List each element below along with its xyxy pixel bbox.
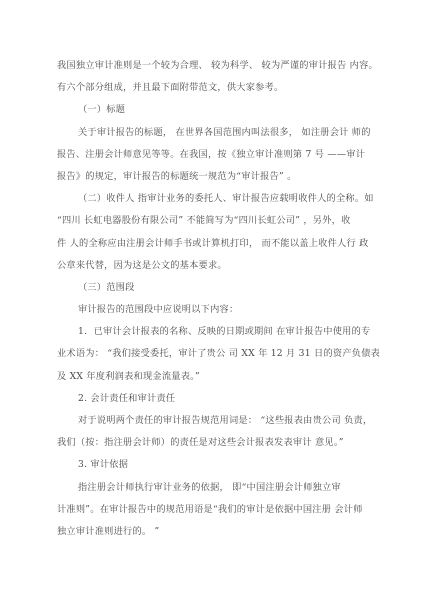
text-line: 报告、注册会计师意见等等。在我国，按《独立审计准则第 7 号 ——审计 bbox=[57, 144, 373, 166]
text-line: 指注册会计师执行审计业务的依据， 即“中国注册会计师独立审 bbox=[57, 477, 373, 499]
document-page: 我国独立审计准则是一个较为合理、 较为科学、 较为严谨的审计报告 内容。有六个部… bbox=[0, 0, 423, 600]
text-line: （三）范围段 bbox=[57, 277, 373, 299]
text-line: 对于说明两个责任的审计报告规范用词是： “这些报表由贵公司 负责， bbox=[57, 410, 373, 432]
text-line: 报告》的规定，审计报告的标题统一规范为“审计报告” 。 bbox=[57, 166, 373, 188]
text-line: “四川 长虹电器股份有限公司” 不能简写为“四川长虹公司” ，另外，收 bbox=[57, 210, 373, 232]
text-line: 审计报告的范围段中应说明以下内容： bbox=[57, 299, 373, 321]
document-body: 我国独立审计准则是一个较为合理、 较为科学、 较为严谨的审计报告 内容。有六个部… bbox=[57, 55, 373, 543]
text-line: 独立审计准则进行的。 ” bbox=[57, 521, 373, 543]
text-line: 我们（按：指注册会计师）的责任是对这些会计报表发表审计 意见。” bbox=[57, 432, 373, 454]
text-line: 及 XX 年度利润表和现金流量表。” bbox=[57, 366, 373, 388]
text-line: （一）标题 bbox=[57, 99, 373, 121]
text-line: 业术语为： “我们接受委托，审计了贵公 司 XX 年 12 月 31 日的资产负… bbox=[57, 343, 373, 365]
text-line: 1. 已审计会计报表的名称、反映的日期或期间 在审计报告中使用的专 bbox=[57, 321, 373, 343]
text-line: 我国独立审计准则是一个较为合理、 较为科学、 较为严谨的审计报告 内容。 bbox=[57, 55, 373, 77]
text-line: 关于审计报告的标题， 在世界各国范围内叫法很多， 如注册会计 师的 bbox=[57, 122, 373, 144]
text-line: （二）收件人 指审计业务的委托人、审计报告应载明收件人的全称。如 bbox=[57, 188, 373, 210]
text-line: 计准则”。在审计报告中的规范用语是“我们的审计是依据中国注册 会计师 bbox=[57, 499, 373, 521]
text-line: 公章来代替，因为这是公文的基本要求。 bbox=[57, 255, 373, 277]
text-line: 有六个部分组成，并且最下面附带范文，供大家参考。 bbox=[57, 77, 373, 99]
text-line: 3. 审计依据 bbox=[57, 454, 373, 476]
text-line: 件 人的全称应由注册会计师手书或计算机打印， 而不能以盖上收件人行 政 bbox=[57, 233, 373, 255]
text-line: 2. 会计责任和审计责任 bbox=[57, 388, 373, 410]
